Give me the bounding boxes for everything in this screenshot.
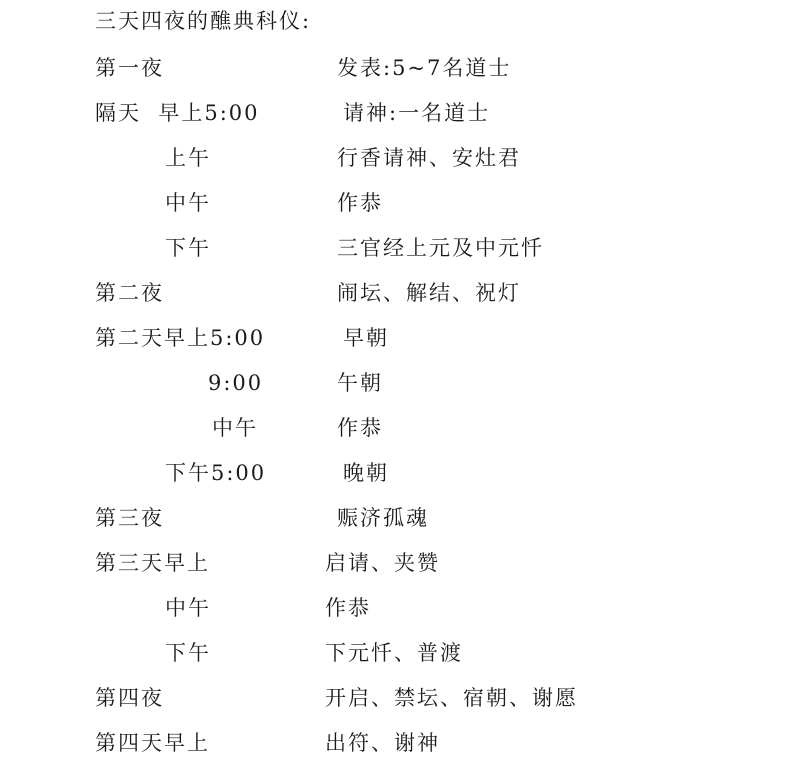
- schedule-activity: 晚朝: [343, 460, 389, 486]
- schedule-activity: 闹坛、解结、祝灯: [337, 280, 521, 306]
- schedule-time: 上午: [165, 145, 211, 171]
- schedule-time: 隔天 早上5:00: [95, 100, 260, 126]
- schedule-time: 第二天早上5:00: [95, 325, 265, 351]
- schedule-time: 第一夜: [95, 55, 164, 81]
- schedule-time: 中午: [165, 190, 211, 216]
- schedule-time: 9:00: [208, 370, 263, 396]
- schedule-time: 第三夜: [95, 505, 164, 531]
- schedule-time: 第四天早上: [95, 730, 210, 756]
- schedule-activity: 下元忏、普渡: [325, 640, 463, 666]
- schedule-activity: 请神:一名道士: [343, 100, 490, 126]
- schedule-activity: 开启、禁坛、宿朝、谢愿: [325, 685, 578, 711]
- schedule-activity: 启请、夹赞: [325, 550, 440, 576]
- schedule-time: 下午: [165, 235, 211, 261]
- schedule-time: 第二夜: [95, 280, 164, 306]
- schedule-time: 下午5:00: [165, 460, 266, 486]
- schedule-activity: 作恭: [325, 595, 371, 621]
- schedule-time: 中午: [212, 415, 258, 441]
- schedule-time: 中午: [165, 595, 211, 621]
- schedule-activity: 早朝: [343, 325, 389, 351]
- schedule-activity: 三官经上元及中元忏: [337, 235, 544, 261]
- schedule-activity: 作恭: [337, 190, 383, 216]
- schedule-activity: 作恭: [337, 415, 383, 441]
- schedule-activity: 赈济孤魂: [337, 505, 429, 531]
- schedule-time: 下午: [165, 640, 211, 666]
- schedule-time: 第四夜: [95, 685, 164, 711]
- schedule-time: 第三天早上: [95, 550, 210, 576]
- schedule-activity: 午朝: [337, 370, 383, 396]
- schedule-activity: 发表:5~7名道士: [337, 55, 511, 81]
- schedule-activity: 出符、谢神: [325, 730, 440, 756]
- document-title: 三天四夜的醮典科仪:: [95, 8, 311, 34]
- schedule-activity: 行香请神、安灶君: [337, 145, 521, 171]
